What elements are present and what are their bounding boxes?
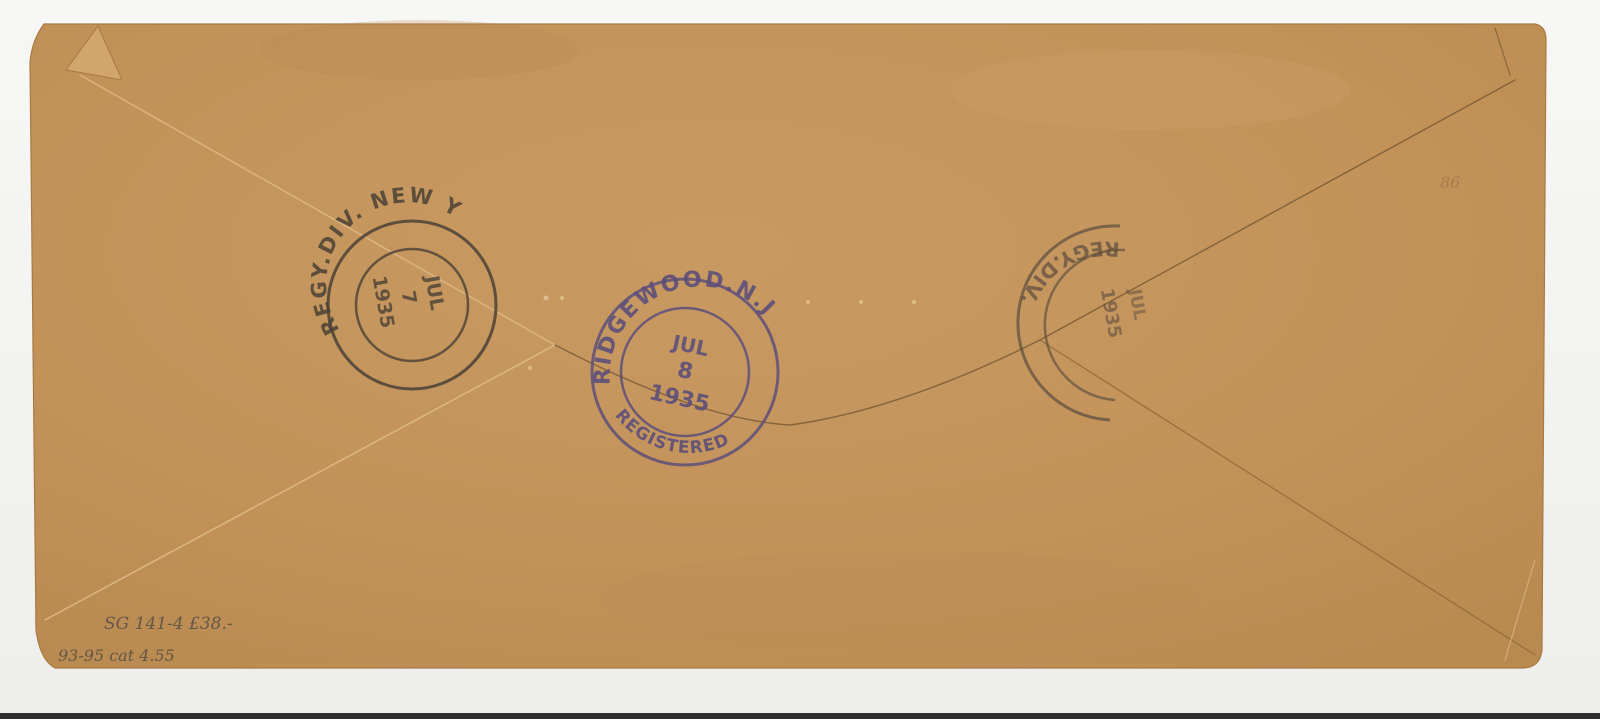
annotation-line-2: 93-95 cat 4.55 (58, 646, 175, 665)
scan-edge-bar (0, 713, 1600, 719)
envelope-back: REGY.DIV. NEW Y JUL 7 1935 RIDGEWOOD.N.J… (0, 0, 1600, 719)
scan-background: REGY.DIV. NEW Y JUL 7 1935 RIDGEWOOD.N.J… (0, 0, 1600, 719)
corner-pencil-mark: 86 (1440, 173, 1460, 192)
annotation-line-1: SG 141-4 £38.- (104, 614, 233, 634)
